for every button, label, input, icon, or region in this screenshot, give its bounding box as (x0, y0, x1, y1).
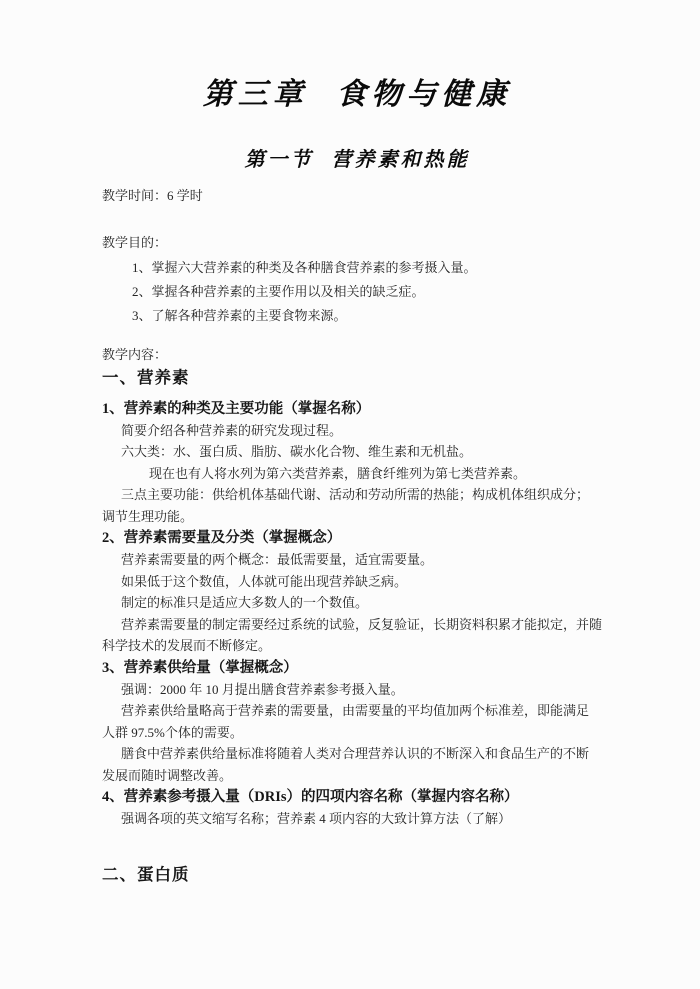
body-line: 营养素需要量的两个概念：最低需要量，适宜需要量。 (102, 549, 612, 571)
body-line: 营养素需要量的制定需要经过系统的试验，反复验证，长期资料积累才能拟定，并随 (102, 614, 612, 636)
body-line: 六大类：水、蛋白质、脂肪、碳水化合物、维生素和无机盐。 (102, 441, 612, 463)
body-line: 三点主要功能：供给机体基础代谢、活动和劳动所需的热能；构成机体组织成分； (102, 484, 612, 506)
topic-heading-supply-amount: 3、营养素供给量（掌握概念） (102, 657, 612, 679)
body-line: 如果低于这个数值，人体就可能出现营养缺乏病。 (102, 571, 612, 593)
topic-heading-requirement-classification: 2、营养素需要量及分类（掌握概念） (102, 527, 612, 549)
objective-item: 2、掌握各种营养素的主要作用以及相关的缺乏症。 (102, 280, 612, 304)
body-line: 强调：2000 年 10 月提出膳食营养素参考摄入量。 (102, 679, 612, 701)
content-heading: 教学内容： (102, 344, 612, 366)
body-line: 人群 97.5%个体的需要。 (102, 722, 612, 744)
document-page: 第三章 食物与健康 第一节 营养素和热能 教学时间：6 学时 教学目的： 1、掌… (0, 0, 700, 989)
body-line: 调节生理功能。 (102, 506, 612, 528)
body-line: 制定的标准只是适应大多数人的一个数值。 (102, 592, 612, 614)
objective-item: 3、了解各种营养素的主要食物来源。 (102, 304, 612, 328)
objective-item: 1、掌握六大营养素的种类及各种膳食营养素的参考摄入量。 (102, 256, 612, 280)
body-line: 现在也有人将水列为第六类营养素，膳食纤维列为第七类营养素。 (102, 463, 612, 485)
body-line: 科学技术的发展而不断修定。 (102, 635, 612, 657)
body-line: 简要介绍各种营养素的研究发现过程。 (102, 420, 612, 442)
page-content: 第三章 食物与健康 第一节 营养素和热能 教学时间：6 学时 教学目的： 1、掌… (0, 78, 700, 887)
teaching-time-line: 教学时间：6 学时 (102, 185, 612, 207)
body-line: 强调各项的英文缩写名称；营养素 4 项内容的大致计算方法（了解） (102, 808, 612, 830)
part-heading-nutrients: 一、营养素 (102, 366, 612, 390)
topic-heading-types-functions: 1、营养素的种类及主要功能（掌握名称） (102, 398, 612, 420)
body-line: 营养素供给量略高于营养素的需要量，由需要量的平均值加两个标准差，即能满足 (102, 700, 612, 722)
body-line: 发展而随时调整改善。 (102, 765, 612, 787)
topic-heading-dris: 4、营养素参考摄入量（DRIs）的四项内容名称（掌握内容名称） (102, 786, 612, 808)
section-title: 第一节 营养素和热能 (102, 148, 612, 172)
objectives-heading: 教学目的： (102, 232, 612, 254)
body-line: 膳食中营养素供给量标准将随着人类对合理营养认识的不断深入和食品生产的不断 (102, 743, 612, 765)
chapter-title: 第三章 食物与健康 (102, 78, 612, 112)
part-heading-protein: 二、蛋白质 (102, 863, 612, 887)
